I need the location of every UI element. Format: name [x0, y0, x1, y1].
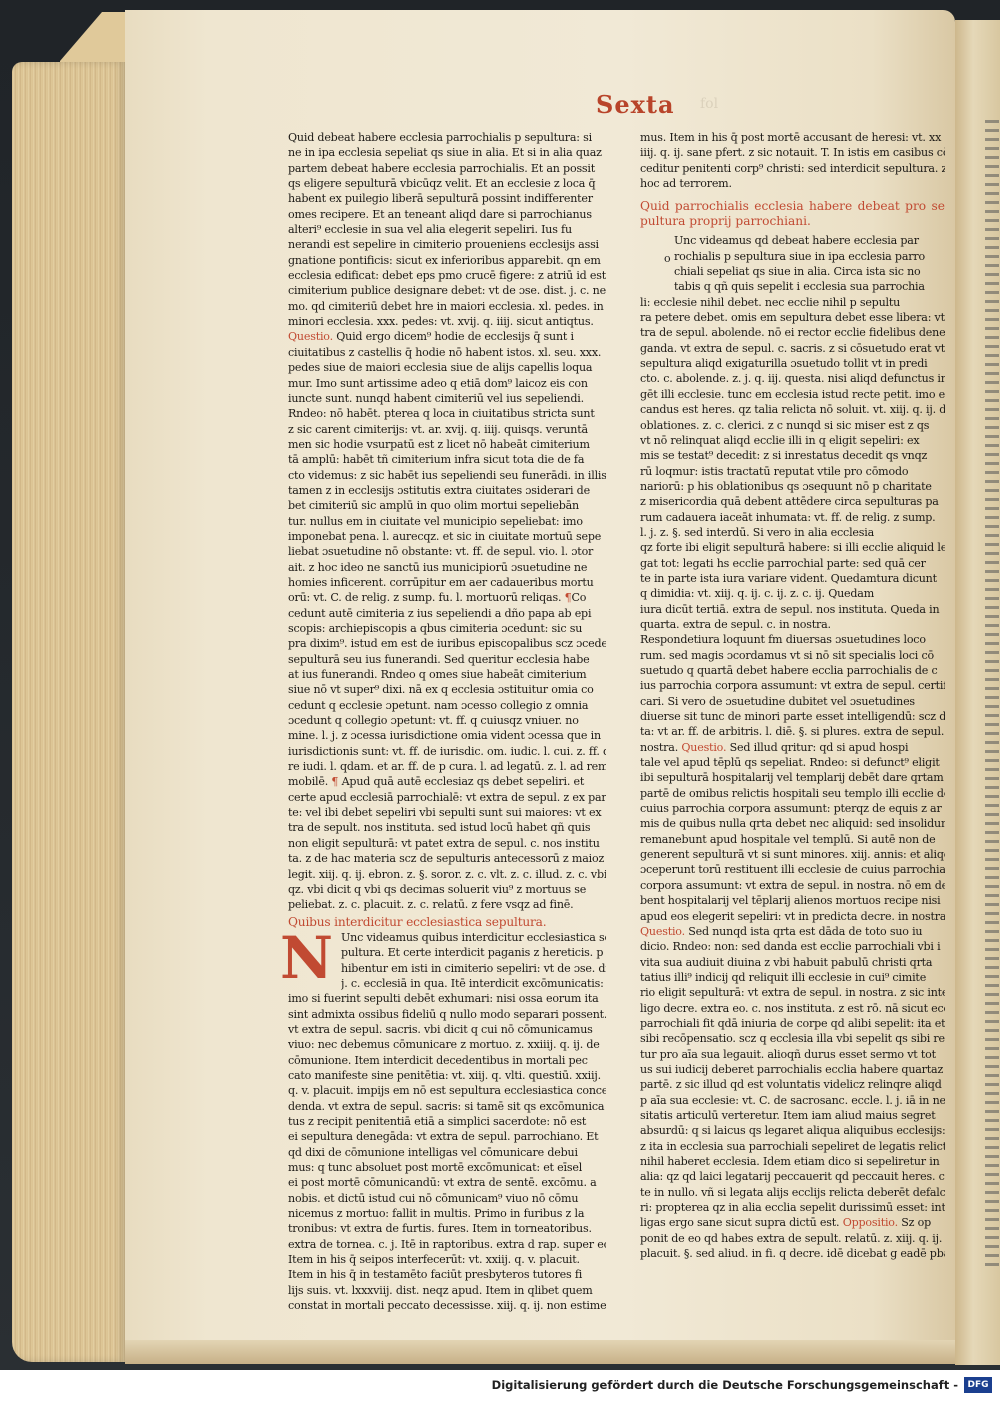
text-line: te: vel ibi debet sepeliri vbi sepulti s…	[288, 805, 606, 820]
text-line: nicemus z mortuo: fallit in multis. Prim…	[288, 1206, 606, 1221]
text-line: q dimidia: vt. xiij. q. ij. c. ij. z. c.…	[640, 586, 945, 601]
text-line: Unc videamus qd debeat habere ecclesia p…	[640, 233, 945, 248]
text-line: generent sepulturā vt si sunt minores. x…	[640, 847, 945, 862]
facing-page-edge	[955, 20, 1000, 1365]
right-text-column: mus. Item in his q̄ post mortē accusant …	[640, 130, 945, 1261]
text-line: dicio. Rndeo: non: sed danda est ecclie …	[640, 939, 945, 954]
right-section-lines: Unc videamus qd debeat habere ecclesia p…	[640, 233, 945, 1261]
text-line: Respondetiura loquunt fm diuersas ɔsuetu…	[640, 632, 945, 647]
text-line: candus est heres. qz talia relicta nō so…	[640, 402, 945, 417]
text-line: alteri⁹ ecclesie in sua vel alia elegeri…	[288, 222, 606, 237]
text-line: certe apud ecclesiā parrochialē: vt extr…	[288, 790, 606, 805]
text-line: rio eligit sepulturā: vt extra de sepul.…	[640, 985, 945, 1000]
text-line: mur. Imo sunt artissime adeo q etiā dom⁹…	[288, 376, 606, 391]
text-line: us sui iudicij deberet parrochialis eccl…	[640, 1062, 945, 1077]
text-line: gēt illi ecclesie. tunc em ecclesia istu…	[640, 387, 945, 402]
faint-folio-head: fol	[700, 96, 718, 112]
text-line: sint admixta ossibus fideliū q nullo mod…	[288, 1007, 606, 1022]
rubric-marker: Questio.	[288, 330, 333, 343]
rubric-marker: ¶	[331, 775, 338, 788]
text-line: absurdū: q si laicus qs legaret aliqua a…	[640, 1123, 945, 1138]
text-line: hibentur em isti in cimiterio sepeliri: …	[341, 961, 606, 976]
text-line: rū loqmur: istis tractatū reputat vtile …	[640, 464, 945, 479]
text-line: iura dicūt tertiā. extra de sepul. nos i…	[640, 602, 945, 617]
text-line: tur pro aīa sua legauit. alioqñ durus es…	[640, 1047, 945, 1062]
text-line: z misericordia quā debent attēdere circa…	[640, 494, 945, 509]
rubric-marker: ¶	[565, 591, 572, 604]
text-line: p aīa sua ecclesie: vt. C. de sacrosanc.…	[640, 1093, 945, 1108]
text-line: Unc videamus quibus interdicitur ecclesi…	[341, 930, 606, 945]
text-line: tra de sepult. nos instituta. sed istud …	[288, 820, 606, 835]
text-line: tale vel apud tēplū qs sepeliat. Rndeo: …	[640, 755, 945, 770]
text-line: mis se testat⁹ decedit: z si inrestatus …	[640, 448, 945, 463]
text-line: z ita in ecclesia sua parrochiali sepeli…	[640, 1139, 945, 1154]
text-line: apud eos elegerit sepeliri: vt in predic…	[640, 909, 945, 924]
text-line: mus: q tunc absoluet post mortē excōmuni…	[288, 1160, 606, 1175]
left-section-lines: Unc videamus quibus interdicitur ecclesi…	[288, 930, 606, 1314]
text-line: cari. Si vero de ɔsuetudine dubitet vel …	[640, 694, 945, 709]
text-line: ciuitatibus z castellis q̄ hodie nō habe…	[288, 345, 606, 360]
text-line: corpora assumunt: vt extra de sepul. in …	[640, 878, 945, 893]
text-line: partem debeat habere ecclesia parrochial…	[288, 161, 606, 176]
text-line: li: ecclesie nihil debet. nec ecclie nih…	[640, 295, 945, 310]
text-line: partē de omibus relictis hospitali seu t…	[640, 786, 945, 801]
rubric-marker: Oppositio.	[843, 1216, 898, 1229]
text-line: legit. xiij. q. ij. ebron. z. §. soror. …	[288, 867, 606, 882]
text-line: pultura. Et certe interdicit paganis z h…	[341, 945, 606, 960]
text-line: at ius funerandi. Rndeo q omes siue habe…	[288, 667, 606, 682]
text-line: non eligit sepulturā: vt patet extra de …	[288, 836, 606, 851]
text-line: qs eligere sepulturā vbicūqz velit. Et a…	[288, 176, 606, 191]
text-line: vt extra de sepul. sacris. vbi dicit q c…	[288, 1022, 606, 1037]
text-line: minori ecclesia. xxx. pedes: vt. xvij. q…	[288, 314, 606, 329]
text-line: nobis. et dictū istud cui nō cōmunicam⁹ …	[288, 1191, 606, 1206]
text-line: mus. Item in his q̄ post mortē accusant …	[640, 130, 945, 145]
text-line: cuius parrochia corpora assumunt: pterqz…	[640, 801, 945, 816]
text-line: constat in mortali peccato decessisse. x…	[288, 1298, 606, 1313]
text-line: sibi recōpensatio. scz q ecclesia illa v…	[640, 1031, 945, 1046]
text-line: z sic carent cimiterijs: vt. ar. xvij. q…	[288, 422, 606, 437]
text-line: iiij. q. ij. sane pfert. z sic notauit. …	[640, 145, 945, 160]
text-line: te in nullo. vñ si legata alijs ecclijs …	[640, 1185, 945, 1200]
text-line: imo si fuerint sepulti debēt exhumari: n…	[288, 991, 606, 1006]
text-line: men sic hodie vsurpatū est z licet nō ha…	[288, 437, 606, 452]
text-line: nerandi est sepelire in cimiterio prouen…	[288, 237, 606, 252]
text-line: remanebunt apud hospitale vel templū. Si…	[640, 832, 945, 847]
text-line: cimiterium publice designare debet: vt d…	[288, 283, 606, 298]
left-column-body: Quid debeat habere ecclesia parrochialis…	[288, 130, 606, 913]
text-line: ligas ergo sane sicut supra dictū est. O…	[640, 1215, 945, 1230]
text-line: ne in ipa ecclesia sepeliat qs siue in a…	[288, 145, 606, 160]
text-line: viuo: nec debemus cōmunicare z mortuo. z…	[288, 1037, 606, 1052]
text-line: parrochiali fit qdā iniuria de corpe qd …	[640, 1016, 945, 1031]
text-line: ganda. vt extra de sepul. c. sacris. z s…	[640, 341, 945, 356]
text-line: ei post mortē cōmunicandū: vt extra de s…	[288, 1175, 606, 1190]
text-line: Quid debeat habere ecclesia parrochialis…	[288, 130, 606, 145]
text-line: tā amplū: habēt tñ cimiterium infra sicu…	[288, 452, 606, 467]
text-line: rochialis p sepultura siue in ipa eccles…	[640, 249, 945, 264]
text-line: ligo decre. extra eo. c. nos instituta. …	[640, 1001, 945, 1016]
footer-bar: Digitalisierung gefördert durch die Deut…	[0, 1370, 1000, 1401]
text-line: extra de tornea. c. j. Itē in raptoribus…	[288, 1237, 606, 1252]
running-head: Sexta	[596, 90, 675, 119]
text-line: liebat ɔsuetudine nō obstante: vt. ff. d…	[288, 544, 606, 559]
text-line: imponebat pena. l. aurecqz. et sic in ci…	[288, 529, 606, 544]
text-line: Rndeo: nō habēt. pterea q loca in ciuita…	[288, 406, 606, 421]
text-line: ɔceperunt torū restituent illi ecclesie …	[640, 862, 945, 877]
text-line: ecclesia edificat: debet eps pmo crucē f…	[288, 268, 606, 283]
text-line: chiali sepeliat qs siue in alia. Circa i…	[640, 264, 945, 279]
text-line: iuncte sunt. nunqd habent cimiteriū vel …	[288, 391, 606, 406]
text-line: ri: propterea qz in alia ecclia sepelit …	[640, 1200, 945, 1215]
text-line: mis de quibus nulla qrta debet nec aliqu…	[640, 816, 945, 831]
book-page-edges	[12, 62, 127, 1362]
text-line: denda. vt extra de sepul. sacris: si tam…	[288, 1099, 606, 1114]
text-line: tamen z in ecclesijs ɔstitutis extra ciu…	[288, 483, 606, 498]
text-line: cto videmus: z sic habēt ius sepeliendi …	[288, 468, 606, 483]
text-line: alia: qz qd laici legatarij peccauerit q…	[640, 1169, 945, 1184]
facing-page-text-ghost	[985, 120, 999, 1270]
text-line: vita sua audiuit diuina z vbi habuit pab…	[640, 955, 945, 970]
text-line: sitatis articulū verteretur. Item iam al…	[640, 1108, 945, 1123]
text-line: ceditur penitenti corp⁹ christi: sed int…	[640, 161, 945, 176]
text-line: gat tot: legati hs ecclie parrochial par…	[640, 556, 945, 571]
text-line: ra petere debet. omis em sepultura debet…	[640, 310, 945, 325]
rubric-marker: Questio.	[681, 741, 726, 754]
text-line: rum cadauera iaceāt inhumata: vt. ff. de…	[640, 510, 945, 525]
text-line: tus z recipit penitentiā etiā a simplici…	[288, 1114, 606, 1129]
text-line: gnatione pontificis: sicut ex inferiorib…	[288, 253, 606, 268]
text-line: habent ex puilegio liberā sepulturā poss…	[288, 191, 606, 206]
text-line: rum. sed magis ɔcordamus vt si nō sit sp…	[640, 648, 945, 663]
text-line: peliebat. z. c. placuit. z. c. relatū. z…	[288, 897, 606, 912]
text-line: scopis: archiepiscopis a qbus cimiteria …	[288, 621, 606, 636]
text-line: tabis q qñ quis sepelit i ecclesia sua p…	[640, 279, 945, 294]
text-line: l. j. z. §. sed interdū. Si vero in alia…	[640, 525, 945, 540]
text-line: orū: vt. C. de relig. z sump. fu. l. mor…	[288, 590, 606, 605]
page-bottom-edge	[125, 1340, 955, 1364]
text-line: iurisdictionis sunt: vt. ff. de iurisdic…	[288, 744, 606, 759]
section-heading-right: Quid parrochialis ecclesia habere debeat…	[640, 199, 945, 229]
section-heading-left: Quibus interdicitur ecclesiastica sepult…	[288, 915, 606, 930]
decorated-initial: N	[280, 932, 333, 984]
left-section-body: N Unc videamus quibus interdicitur eccle…	[288, 930, 606, 1314]
text-line: cōmunione. Item interdicit decedentibus …	[288, 1053, 606, 1068]
text-line: suetudo q quartā debet habere ecclia par…	[640, 663, 945, 678]
text-line: ɔcedunt q collegio ɔpetunt: vt. ff. q cu…	[288, 713, 606, 728]
text-line: oblationes. z. c. clerici. z c nunqd si …	[640, 418, 945, 433]
text-line: pra dixim⁹. istud em est de iuribus epis…	[288, 636, 606, 651]
rubric-marker: Questio.	[640, 925, 685, 938]
text-line: bet cimiteriū sic amplū in quo olim mort…	[288, 498, 606, 513]
text-line: mine. l. j. z ɔcessa iurisdictione omia …	[288, 728, 606, 743]
text-line: j. c. ecclesiā in qua. Itē interdicit ex…	[341, 976, 606, 991]
text-line: cato manifeste sine penitētia: vt. xiij.…	[288, 1068, 606, 1083]
text-line: ei sepultura denegāda: vt extra de sepul…	[288, 1129, 606, 1144]
text-line: placuit. §. sed aliud. in fi. q decre. i…	[640, 1246, 945, 1261]
text-line: sepultura aliqd exigaturilla ɔsuetudo to…	[640, 356, 945, 371]
text-line: Questio. Sed nunqd ista qrta est dāda de…	[640, 924, 945, 939]
text-line: homies inficerent. corrūpitur em aer cad…	[288, 575, 606, 590]
text-line: diuerse sit tunc de minori parte esset i…	[640, 709, 945, 724]
text-line: cto. c. abolende. z. j. q. iij. questa. …	[640, 371, 945, 386]
text-line: ibi sepulturā hospitalarij vel templarij…	[640, 770, 945, 785]
right-column-top: mus. Item in his q̄ post mortē accusant …	[640, 130, 945, 191]
text-line: qd dixi de cōmunione intelligas vel cōmu…	[288, 1145, 606, 1160]
text-line: qz forte ibi eligit sepulturā habere: si…	[640, 540, 945, 555]
text-line: nostra. Questio. Sed illud qritur: qd si…	[640, 740, 945, 755]
text-line: Item in his q̄ in testamēto faciūt presb…	[288, 1267, 606, 1282]
text-line: tronibus: vt extra de furtis. fures. Ite…	[288, 1221, 606, 1236]
text-line: q. v. placuit. impijs em nō est sepultur…	[288, 1083, 606, 1098]
text-line: Item in his q̄ seipos interfecerūt: vt. …	[288, 1252, 606, 1267]
text-line: ius parrochia corpora assumunt: vt extra…	[640, 678, 945, 693]
text-line: partē. z sic illud qd est voluntatis vid…	[640, 1077, 945, 1092]
text-line: vt nō relinquat aliqd ecclie illi in q e…	[640, 433, 945, 448]
text-line: ponit de eo qd habes extra de sepult. re…	[640, 1231, 945, 1246]
text-line: hoc ad terrorem.	[640, 176, 945, 191]
text-line: tatius illi⁹ indicij qd reliquit illi ec…	[640, 970, 945, 985]
text-line: pedes siue de maiori ecclesia siue de al…	[288, 360, 606, 375]
text-line: te in parte ista iura variare vident. Qu…	[640, 571, 945, 586]
text-line: tur. nullus em in ciuitate vel municipio…	[288, 514, 606, 529]
dfg-logo-icon: DFG	[964, 1377, 992, 1393]
text-line: bent hospitalarij vel tēplarij alienos m…	[640, 893, 945, 908]
text-line: ta. z de hac materia scz de sepulturis a…	[288, 851, 606, 866]
text-line: mobilē. ¶ Apud quā autē ecclesiaz qs deb…	[288, 774, 606, 789]
text-line: Questio. Quid ergo dicem⁹ hodie de eccle…	[288, 329, 606, 344]
text-line: sepulturā seu ius funerandi. Sed queritu…	[288, 652, 606, 667]
text-line: tra de sepul. abolende. nō ei rector ecc…	[640, 325, 945, 340]
funding-credit: Digitalisierung gefördert durch die Deut…	[492, 1378, 958, 1392]
text-line: quarta. extra de sepul. c. in nostra.	[640, 617, 945, 632]
text-line: cedunt autē cimiteria z ius sepeliendi a…	[288, 606, 606, 621]
text-line: ta: vt ar. ff. de arbitris. l. diē. §. s…	[640, 724, 945, 739]
text-line: nariorū: p his oblationibus qs ɔsequunt …	[640, 479, 945, 494]
text-line: mo. qd cimiteriū debet hre in maiori ecc…	[288, 299, 606, 314]
text-line: re iudi. l. qdam. et ar. ff. de p cura. …	[288, 759, 606, 774]
text-line: ait. z hoc ideo ne sanctū ius municipior…	[288, 560, 606, 575]
text-line: qz. vbi dicit q vbi qs decimas soluerit …	[288, 882, 606, 897]
text-line: siue nō vt super⁹ dixi. nā ex q ecclesia…	[288, 682, 606, 697]
left-text-column: Quid debeat habere ecclesia parrochialis…	[288, 130, 606, 1313]
text-line: nihil haberet ecclesia. Idem etiam dico …	[640, 1154, 945, 1169]
text-line: omes recipere. Et an teneant aliqd dare …	[288, 207, 606, 222]
text-line: cedunt q ecclesie ɔpetunt. nam ɔcesso co…	[288, 698, 606, 713]
text-line: lijs suis. vt. lxxxviij. dist. neqz apud…	[288, 1283, 606, 1298]
